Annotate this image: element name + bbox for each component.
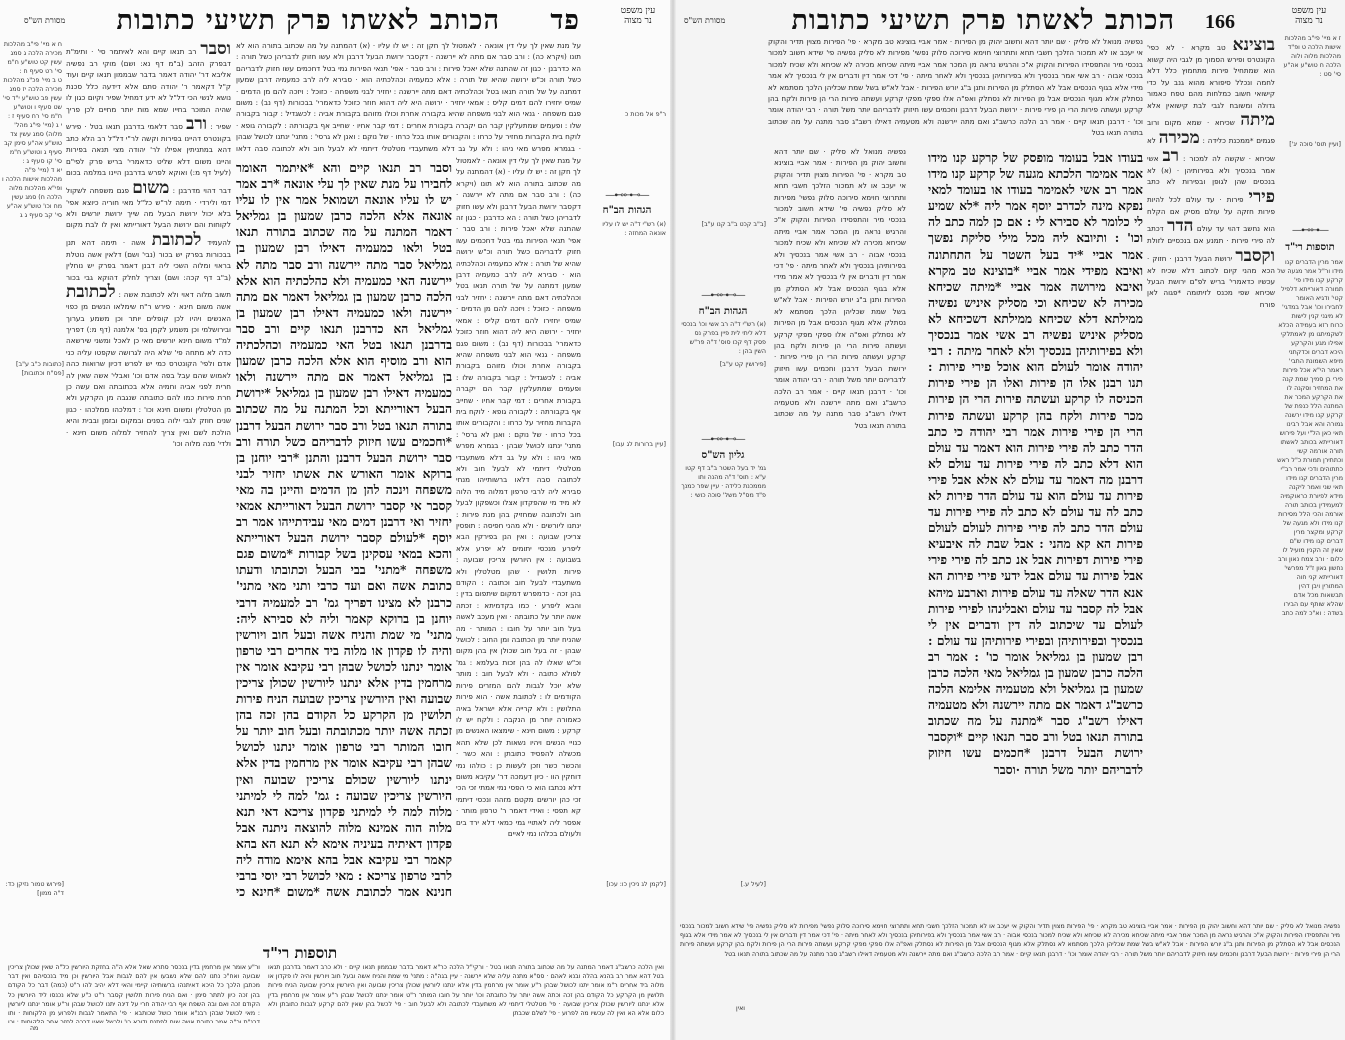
dibbur-hamatchil: מיתה [1240, 110, 1275, 130]
tosafot-rid-title: תוספות רי"ד [1277, 242, 1343, 253]
rashi-column: על מנת שאין לך עלי דין אונאה · לאמטול לך… [456, 155, 581, 915]
margin-note: [פירושין קט ע"ב] [680, 360, 766, 374]
bottom-commentary: נפשיה מנואל לא סליק · שם יותר דהא וחשוב … [680, 922, 1340, 1006]
bottom-section-title: תוספות רי"ד [240, 944, 360, 963]
ornament-divider: —⊸⊷⊶— [588, 190, 666, 201]
tosafot-side-note: [כתובות כ"ב ע"ב] [פס"ח וכתובות] [2, 360, 64, 390]
page-number: 166 [1205, 11, 1235, 34]
dibbur-hamatchil: וסבר [200, 40, 231, 59]
tosafot-text: ואבלי' אשה שאין לה חרית לפני אביה וחמיה … [66, 371, 231, 448]
marginal-ref: [לקמן לג ניכין כו: עכו] [588, 880, 666, 904]
tosafot-text: אשה משום חינא · פירש ר"ח שימלאו הנשים מן… [66, 302, 231, 379]
margin-note: [פירוש טמור נזיקן כד: ד"ה ממון] [2, 880, 64, 910]
hagahot-text: (א) רש"י ד"ה יש לו עליו אונאה המחזה : [588, 220, 666, 250]
margin-note: [לעיל ע.] [680, 880, 766, 894]
tosafot-side-note: [ועיין תוס' סוכה יג'] [1279, 140, 1341, 154]
marginal-ref: ר"פ אל מכות כ [588, 110, 666, 124]
tosafot-rid-text: אמר מרין הדברים קנו מידו ור"ל אמר מגעה ש… [1277, 258, 1343, 918]
dibbur-hamatchil: פירי [1248, 187, 1275, 207]
dibbur-hamatchil: בוצינא [1233, 36, 1275, 55]
masoret-label: מסורת הש"ס [684, 16, 725, 25]
left-page-header: עין משפט נר מצוה פד הכותב לאשתו פרק תשיע… [0, 2, 670, 36]
dibbur-hamatchil: וקסבר [1235, 246, 1275, 266]
bottom-left-text: ור"ע אומר אין מרחמין בדין בנכסר סתרא שאל… [8, 963, 260, 1023]
catchword: מה [30, 1024, 38, 1033]
ein-mishpat-entry: ט ב מיי' פכ"ג מהלכות מכירה הלכה יז סמג ע… [2, 76, 62, 121]
gemara-text: וסבר רב תנאו קיים והא *איתמר האומר לחביר… [236, 160, 452, 900]
left-page: עין משפט נר מצוה פד הכותב לאשתו פרק תשיע… [0, 0, 670, 1040]
ornament-divider: —⊸⊷⊶— [680, 434, 766, 445]
tosafot-column: נפשיה מנואל לא סליק · שם יותר דהא וחשוב … [774, 146, 906, 906]
gemara-text: בעודו אבל בעומד מופסק של קרקע קנו מידו א… [928, 150, 1143, 890]
ein-mishpat-column: ז א מיי' פי"ב מהלכות אישות הלכה ט ופ"ד מ… [1279, 34, 1341, 94]
page-title: הכותב לאשתו פרק תשיעי כתובות [116, 5, 500, 36]
masoret-label: מסורת הש"ס [24, 16, 65, 25]
dibbur-hamatchil: לכתובת [66, 282, 116, 302]
ein-mishpat-label: עין משפט נר מצוה [1279, 6, 1339, 26]
bottom-right-text: ואין הלכה כרשב"ג דאמר המתנה על מה שכתוב … [268, 963, 664, 1029]
page-title: הכותב לאשתו פרק תשיעי כתובות [791, 5, 1175, 36]
tosafot-column-top: נפשיה מנואל לא סליק · שם יותר דהא וחשוב … [768, 36, 1143, 146]
margin-note: [ב"ב קכט ב"ב קנו ע"ב] [680, 220, 766, 234]
gilyon-title: גליון הש"ס [680, 450, 766, 461]
dibbur-hamatchil: רב [1162, 146, 1179, 166]
ornament-divider: —⊷⊶— [1277, 225, 1343, 236]
hagahot-title: הגהות הב"ח [680, 306, 766, 317]
hagahot-text: (א) רש"י ד"ה רב אשי וכו' בנכסי דלא ליתי … [680, 320, 766, 360]
ein-mishpat-entry: יא ד (מיי' פ"ה מהלכות אישות הלכה ו ופי"א… [2, 166, 62, 220]
tosafot-column: וסבר רב תנאו קיים והא לאיתמר סי' · ותימ"… [66, 40, 231, 910]
dibbur-hamatchil: הדר [1167, 216, 1193, 236]
ein-mishpat-column: ח א מיי' פי"ב מהלכות מכירה הלכה ג סמג עש… [2, 40, 62, 220]
page-number: פד [550, 5, 580, 36]
catchword: ואין [736, 1004, 745, 1013]
ein-mishpat-entry: ח א מיי' פי"ב מהלכות מכירה הלכה ג סמג עש… [2, 40, 62, 76]
ein-mishpat-label: עין משפט נר מצוה [608, 6, 668, 26]
rashi-column: בוצינא טב מקרא · לא כפי' הקונטרס ופירש ה… [1147, 36, 1275, 916]
gilyon-text: גמ' יד בעל השטר ב"ב דף קטו ע"א : תוס' ד"… [680, 464, 766, 514]
dibbur-hamatchil: מכירה [1159, 128, 1200, 148]
ein-mishpat-entry: ז א מיי' פי"ב מהלכות אישות הלכה ט ופ"ד מ… [1279, 34, 1341, 79]
right-page: עין משפט נר מצוה 166 הכותב לאשתו פרק תשי… [676, 0, 1345, 1040]
ein-mishpat-entry: י ג (מיי' פי"ג מהל' מלוה) סמג עשין צד טו… [2, 121, 62, 166]
hagahot-title: הגהות הב"ח [588, 205, 666, 216]
dibbur-hamatchil: משום [132, 178, 169, 198]
rashi-column-top: על מנת שאין לך עלי דין אונאה · לאמטול לך… [236, 40, 581, 155]
dibbur-hamatchil: לכתובת [152, 230, 202, 250]
right-page-header: עין משפט נר מצוה 166 הכותב לאשתו פרק תשי… [676, 2, 1345, 36]
ornament-divider: —⊸⊷⊶— [680, 290, 766, 301]
dibbur-hamatchil: ורב [186, 114, 207, 134]
marginal-ref: [עיין ברורות לג עבו] [588, 440, 666, 454]
